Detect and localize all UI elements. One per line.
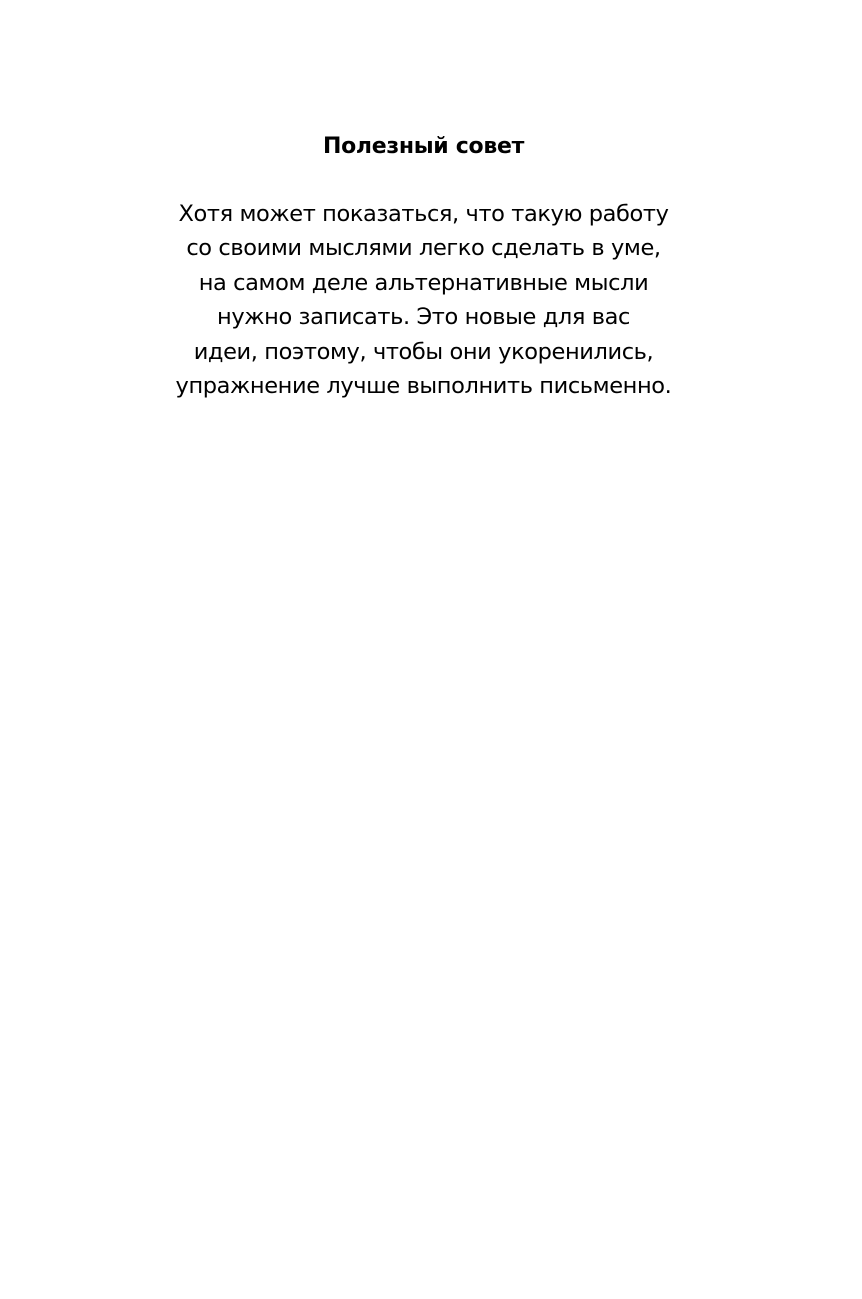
document-page: Полезный совет Хотя может показаться, чт… (0, 0, 862, 1299)
paragraph-line: Хотя может показаться, что такую работу (0, 197, 847, 231)
paragraph-line: нужно записать. Это новые для вас (0, 300, 847, 334)
tip-heading: Полезный совет (0, 133, 847, 161)
paragraph-line: упражнение лучше выполнить письменно. (0, 369, 847, 403)
paragraph-line: на самом деле альтернативные мысли (0, 266, 847, 300)
paragraph-line: идеи, поэтому, чтобы они укоренились, (0, 335, 847, 369)
paragraph-line: со своими мыслями легко сделать в уме, (0, 231, 847, 265)
tip-paragraph: Хотя может показаться, что такую работу … (0, 197, 847, 403)
